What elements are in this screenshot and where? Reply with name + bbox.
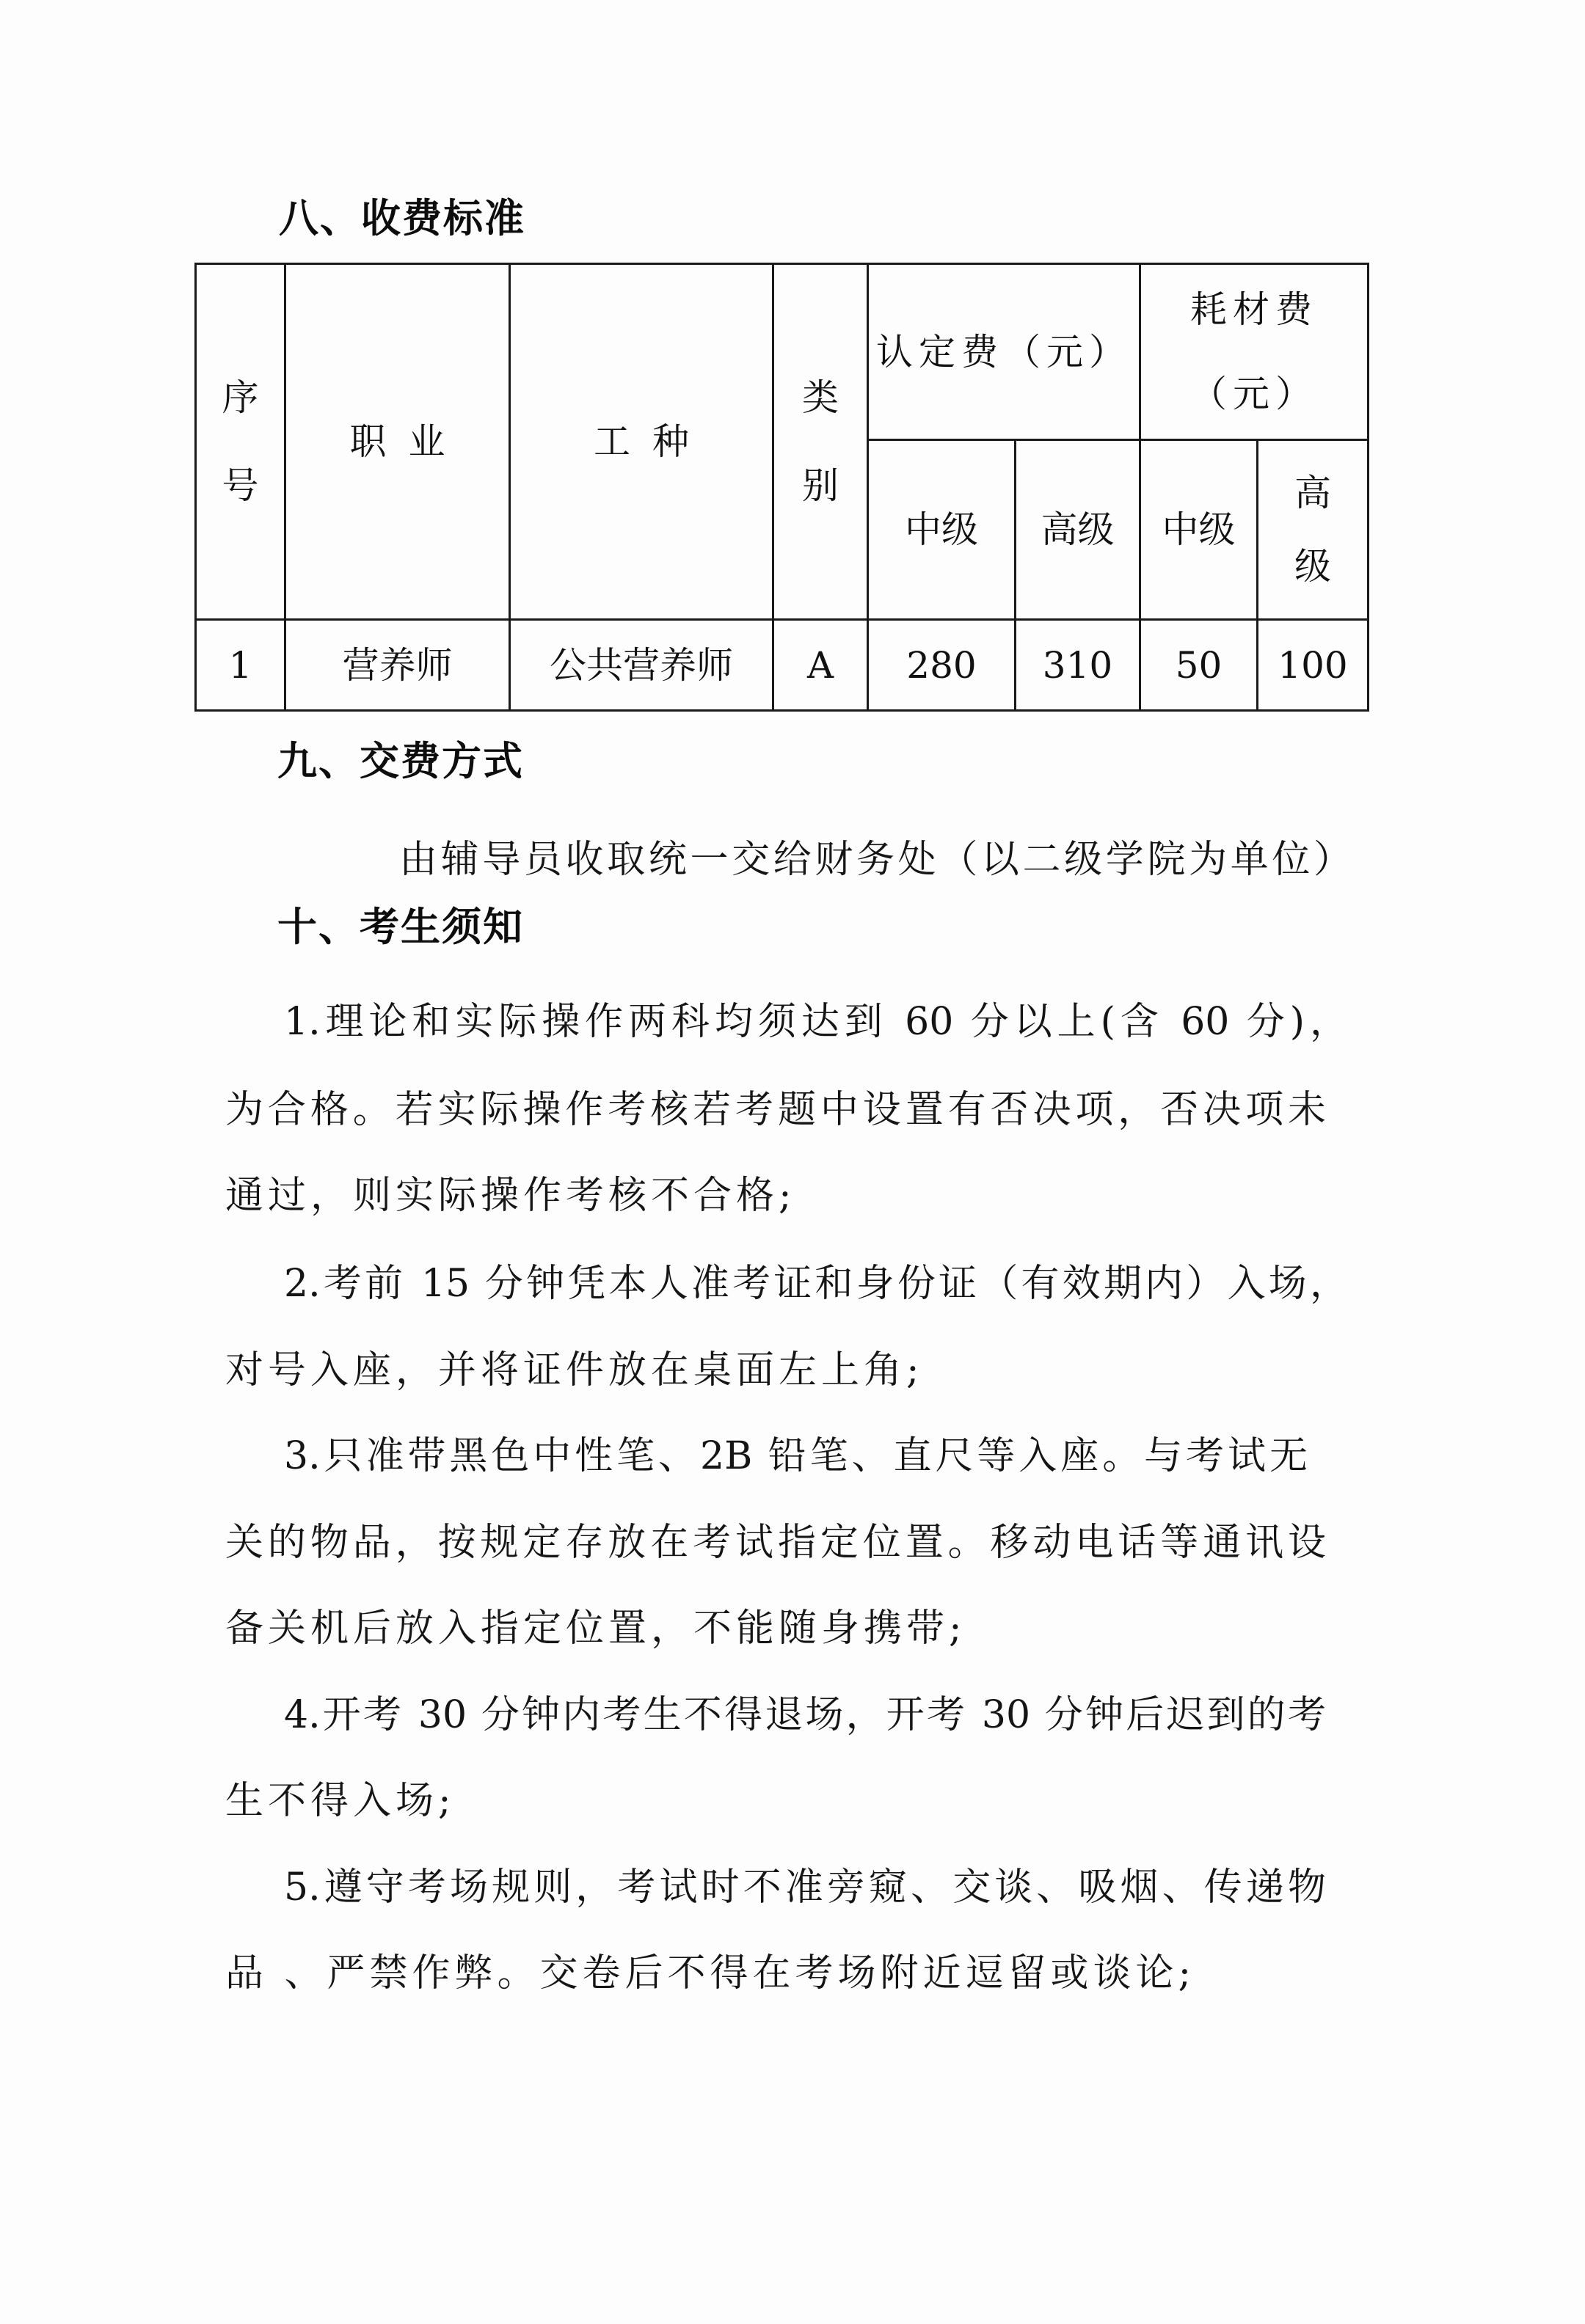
header-cell-job-type: 工种 xyxy=(510,264,773,620)
header-cert-mid-label: 中级 xyxy=(905,508,978,551)
section-heading-payment-method: 九、交费方式 xyxy=(277,739,524,783)
cell-seq: 1 xyxy=(196,620,285,711)
header-cell-cert-fee: 认定费（元） xyxy=(868,264,1140,440)
document-page: 八、收费标准 序号 职业 工种 类别 xyxy=(0,0,1585,2324)
header-mat-mid-label: 中级 xyxy=(1162,508,1236,551)
header-cell-mat-mid: 中级 xyxy=(1140,440,1258,620)
notice-item-2-line-1: 2.考前 15 分钟凭本人准考证和身份证（有效期内）入场， xyxy=(284,1262,1348,1306)
table-header-row-1: 序号 职业 工种 类别 认定费（元） 耗材费 （元） xyxy=(196,264,1369,440)
fee-standard-table: 序号 职业 工种 类别 认定费（元） 耗材费 （元） 中 xyxy=(194,263,1369,712)
header-cell-occupation: 职业 xyxy=(285,264,510,620)
table-row: 1 营养师 公共营养师 A 280 310 50 100 xyxy=(196,620,1369,711)
header-cell-material-fee: 耗材费 （元） xyxy=(1140,264,1369,440)
header-cell-cert-mid: 中级 xyxy=(868,440,1016,620)
cell-mat-high: 100 xyxy=(1258,620,1369,711)
header-occupation-label: 职业 xyxy=(328,420,467,463)
header-cell-cert-high: 高级 xyxy=(1016,440,1140,620)
notice-item-5-line-1: 5.遵守考场规则，考试时不准旁窥、交谈、吸烟、传递物 xyxy=(284,1866,1326,1910)
notice-item-1-line-1: 1.理论和实际操作两科均须达到 60 分以上(含 60 分)， xyxy=(284,1000,1348,1044)
payment-method-text: 由辅导员收取统一交给财务处（以二级学院为单位） xyxy=(399,838,1353,882)
notice-item-3-line-2: 关的物品，按规定存放在考试指定位置。移动电话等通讯设 xyxy=(225,1521,1326,1565)
header-cell-category: 类别 xyxy=(773,264,868,620)
notice-item-1-line-3: 通过，则实际操作考核不合格; xyxy=(225,1174,796,1218)
section-heading-exam-notice: 十、考生须知 xyxy=(277,905,524,949)
header-material-fee-unit: （元） xyxy=(1141,352,1367,436)
header-category-label: 类别 xyxy=(798,354,842,530)
header-cell-mat-high: 高级 xyxy=(1258,440,1369,620)
cell-category: A xyxy=(773,620,868,711)
notice-item-1-line-2: 为合格。若实际操作考核若考题中设置有否决项，否决项未 xyxy=(225,1088,1326,1132)
notice-item-4-line-1: 4.开考 30 分钟内考生不得退场，开考 30 分钟后迟到的考 xyxy=(284,1693,1326,1737)
header-mat-high-label: 高级 xyxy=(1291,456,1335,603)
header-cert-high-label: 高级 xyxy=(1041,508,1115,551)
notice-item-4-line-2: 生不得入场; xyxy=(225,1779,456,1823)
notice-item-3-line-3: 备关机后放入指定位置，不能随身携带; xyxy=(225,1607,966,1651)
cell-occupation: 营养师 xyxy=(285,620,510,711)
notice-item-3-line-1: 3.只准带黑色中性笔、2B 铅笔、直尺等入座。与考试无 xyxy=(284,1434,1308,1478)
notice-item-2-line-2: 对号入座，并将证件放在桌面左上角; xyxy=(225,1348,924,1392)
cell-mat-mid: 50 xyxy=(1140,620,1258,711)
header-cert-fee-label: 认定费（元） xyxy=(876,331,1132,373)
header-material-fee-label: 耗材费 xyxy=(1141,268,1367,352)
section-heading-fee-standard: 八、收费标准 xyxy=(279,197,525,241)
cell-job-type: 公共营养师 xyxy=(510,620,773,711)
header-seq-label: 序号 xyxy=(219,354,263,530)
cell-cert-mid: 280 xyxy=(868,620,1016,711)
header-job-type-label: 工种 xyxy=(572,420,711,463)
cell-cert-high: 310 xyxy=(1016,620,1140,711)
notice-item-5-line-2: 品 、严禁作弊。交卷后不得在考场附近逗留或谈论; xyxy=(225,1951,1195,1995)
header-cell-seq: 序号 xyxy=(196,264,285,620)
